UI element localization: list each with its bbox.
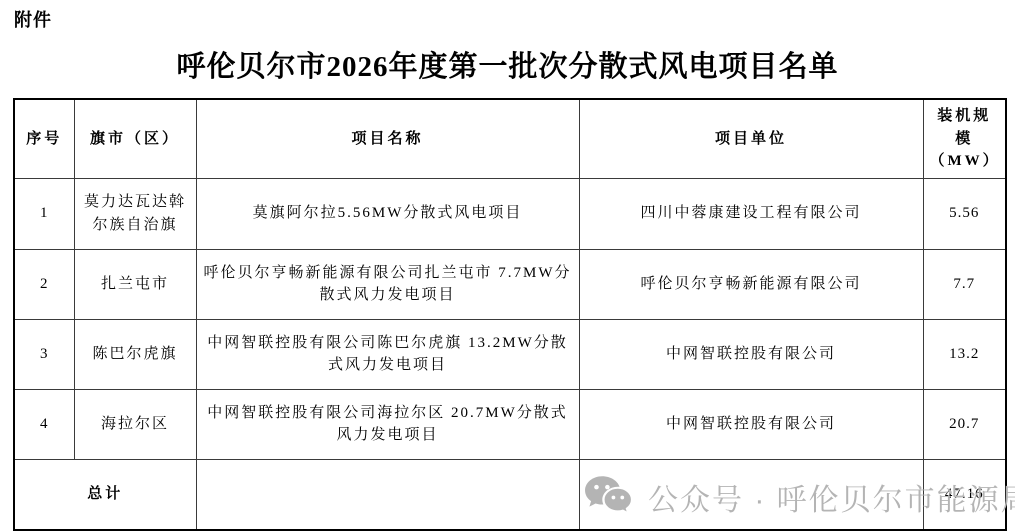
header-capacity-line1: 装机规模 (937, 108, 991, 147)
table-row: 2 扎兰屯市 呼伦贝尔亨畅新能源有限公司扎兰屯市 7.7MW分散式风力发电项目 … (14, 249, 1006, 319)
cell-unit: 中网智联控股有限公司 (579, 319, 923, 389)
cell-capacity: 20.7 (923, 389, 1006, 459)
table-row: 1 莫力达瓦达斡尔族自治旗 莫旗阿尔拉5.56MW分散式风电项目 四川中蓉康建设… (14, 178, 1006, 249)
cell-project: 中网智联控股有限公司海拉尔区 20.7MW分散式风力发电项目 (196, 389, 579, 459)
project-table: 序号 旗市（区） 项目名称 项目单位 装机规模 （MW） 1 莫力达瓦达斡尔族自… (13, 98, 1007, 531)
header-region: 旗市（区） (74, 99, 196, 178)
cell-region: 扎兰屯市 (74, 249, 196, 319)
total-project-cell (196, 459, 579, 530)
cell-capacity: 13.2 (923, 319, 1006, 389)
cell-capacity: 5.56 (923, 178, 1006, 249)
header-unit: 项目单位 (579, 99, 923, 178)
cell-unit: 呼伦贝尔亨畅新能源有限公司 (579, 249, 923, 319)
cell-capacity: 7.7 (923, 249, 1006, 319)
cell-region: 海拉尔区 (74, 389, 196, 459)
cell-region: 陈巴尔虎旗 (74, 319, 196, 389)
header-no: 序号 (14, 99, 74, 178)
header-capacity-line2: （MW） (930, 153, 1001, 169)
header-capacity: 装机规模 （MW） (923, 99, 1006, 178)
table-total-row: 总计 47.16 (14, 459, 1006, 530)
total-unit-cell (579, 459, 923, 530)
cell-no: 3 (14, 319, 74, 389)
cell-no: 2 (14, 249, 74, 319)
cell-project: 莫旗阿尔拉5.56MW分散式风电项目 (196, 178, 579, 249)
table-row: 4 海拉尔区 中网智联控股有限公司海拉尔区 20.7MW分散式风力发电项目 中网… (14, 389, 1006, 459)
table-header-row: 序号 旗市（区） 项目名称 项目单位 装机规模 （MW） (14, 99, 1006, 178)
cell-unit: 中网智联控股有限公司 (579, 389, 923, 459)
cell-unit: 四川中蓉康建设工程有限公司 (579, 178, 923, 249)
cell-no: 4 (14, 389, 74, 459)
cell-no: 1 (14, 178, 74, 249)
cell-project: 中网智联控股有限公司陈巴尔虎旗 13.2MW分散式风力发电项目 (196, 319, 579, 389)
cell-region: 莫力达瓦达斡尔族自治旗 (74, 178, 196, 249)
page-title: 呼伦贝尔市2026年度第一批次分散式风电项目名单 (0, 44, 1015, 85)
total-capacity-cell: 47.16 (923, 459, 1006, 530)
table-row: 3 陈巴尔虎旗 中网智联控股有限公司陈巴尔虎旗 13.2MW分散式风力发电项目 … (14, 319, 1006, 389)
attachment-label: 附件 (14, 6, 52, 32)
total-label-cell: 总计 (14, 459, 196, 530)
cell-project: 呼伦贝尔亨畅新能源有限公司扎兰屯市 7.7MW分散式风力发电项目 (196, 249, 579, 319)
header-project: 项目名称 (196, 99, 579, 178)
